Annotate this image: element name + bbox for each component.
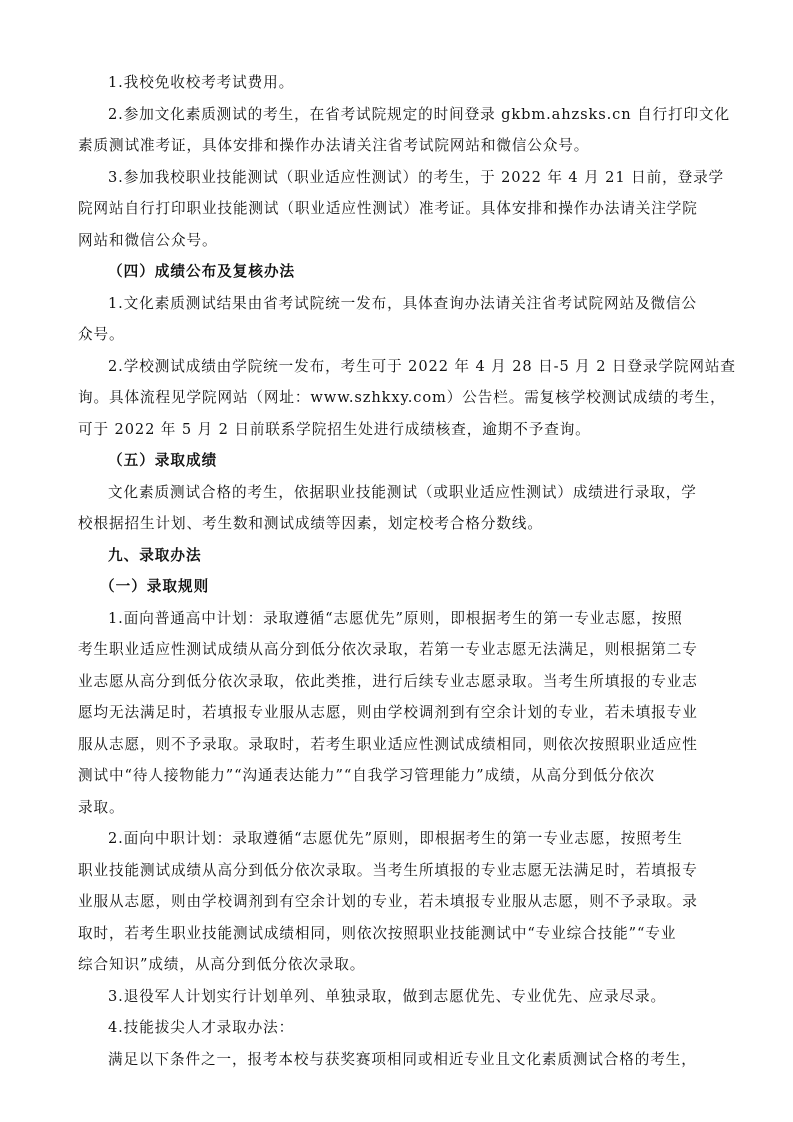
section-heading: （一）录取规则 bbox=[100, 576, 209, 598]
paragraph-line: 众号。 bbox=[78, 324, 124, 346]
paragraph-line: 可于 2022 年 5 月 2 日前联系学院招生处进行成绩核查，逾期不予查询。 bbox=[78, 419, 591, 441]
paragraph-line: 2.面向中职计划：录取遵循“志愿优先”原则，即根据考生的第一专业志愿，按照考生 bbox=[108, 828, 683, 850]
paragraph-line: 文化素质测试合格的考生，依据职业技能测试（或职业适应性测试）成绩进行录取，学 bbox=[108, 482, 697, 504]
paragraph-line: 测试中“待人接物能力”“沟通表达能力”“自我学习管理能力”成绩，从高分到低分依次 bbox=[78, 765, 655, 787]
paragraph-line: 1.我校免收校考考试费用。 bbox=[108, 72, 294, 94]
section-heading: （四）成绩公布及复核办法 bbox=[108, 261, 295, 283]
section-heading: （五）录取成绩 bbox=[108, 450, 217, 472]
paragraph-line: 满足以下条件之一，报考本校与获奖赛项相同或相近专业且文化素质测试合格的考生， bbox=[108, 1049, 697, 1071]
paragraph-line: 业服从志愿，则由学校调剂到有空余计划的专业，若未填报专业服从志愿，则不予录取。录 bbox=[78, 891, 698, 913]
paragraph-line: 综合知识”成绩，从高分到低分依次录取。 bbox=[78, 954, 365, 976]
paragraph-line: 取时，若考生职业技能测试成绩相同，则依次按照职业技能测试中“专业综合技能”“专业 bbox=[78, 923, 676, 945]
paragraph-line: 校根据招生计划、考生数和测试成绩等因素，划定校考合格分数线。 bbox=[78, 513, 543, 535]
paragraph-line: 院网站自行打印职业技能测试（职业适应性测试）准考证。具体安排和操作办法请关注学院 bbox=[78, 198, 698, 220]
paragraph-line: 1.面向普通高中计划：录取遵循“志愿优先”原则，即根据考生的第一专业志愿，按照 bbox=[108, 608, 683, 630]
paragraph-line: 4.技能拔尖人才录取办法： bbox=[108, 1017, 294, 1039]
paragraph-line: 3.参加我校职业技能测试（职业适应性测试）的考生，于 2022 年 4 月 21… bbox=[108, 167, 724, 189]
paragraph-line: 1.文化素质测试结果由省考试院统一发布，具体查询办法请关注省考试院网站及微信公 bbox=[108, 293, 697, 315]
paragraph-line: 业志愿从高分到低分依次录取，依此类推，进行后续专业志愿录取。当考生所填报的专业志 bbox=[78, 671, 698, 693]
paragraph-line: 询。具体流程见学院网站（网址：www.szhkxy.com）公告栏。需复核学校测… bbox=[78, 387, 726, 409]
chapter-heading: 九、录取办法 bbox=[108, 545, 202, 567]
paragraph-line: 素质测试准考证，具体安排和操作办法请关注省考试院网站和微信公众号。 bbox=[78, 135, 589, 157]
paragraph-line: 2.参加文化素质测试的考生，在省考试院规定的时间登录 gkbm.ahzsks.c… bbox=[108, 104, 730, 126]
paragraph-line: 2.学校测试成绩由学院统一发布，考生可于 2022 年 4 月 28 日-5 月… bbox=[108, 356, 736, 378]
paragraph-line: 3.退役军人计划实行计划单列、单独录取，做到志愿优先、专业优先、应录尽录。 bbox=[108, 986, 666, 1008]
paragraph-line: 职业技能测试成绩从高分到低分依次录取。当考生所填报的专业志愿无法满足时，若填报专 bbox=[78, 860, 698, 882]
paragraph-line: 网站和微信公众号。 bbox=[78, 230, 217, 252]
paragraph-line: 考生职业适应性测试成绩从高分到低分依次录取，若第一专业志愿无法满足，则根据第二专 bbox=[78, 639, 698, 661]
paragraph-line: 愿均无法满足时，若填报专业服从志愿，则由学校调剂到有空余计划的专业，若未填报专业 bbox=[78, 702, 698, 724]
paragraph-line: 服从志愿，则不予录取。录取时，若考生职业适应性测试成绩相同，则依次按照职业适应性 bbox=[78, 734, 698, 756]
paragraph-line: 录取。 bbox=[78, 797, 124, 819]
